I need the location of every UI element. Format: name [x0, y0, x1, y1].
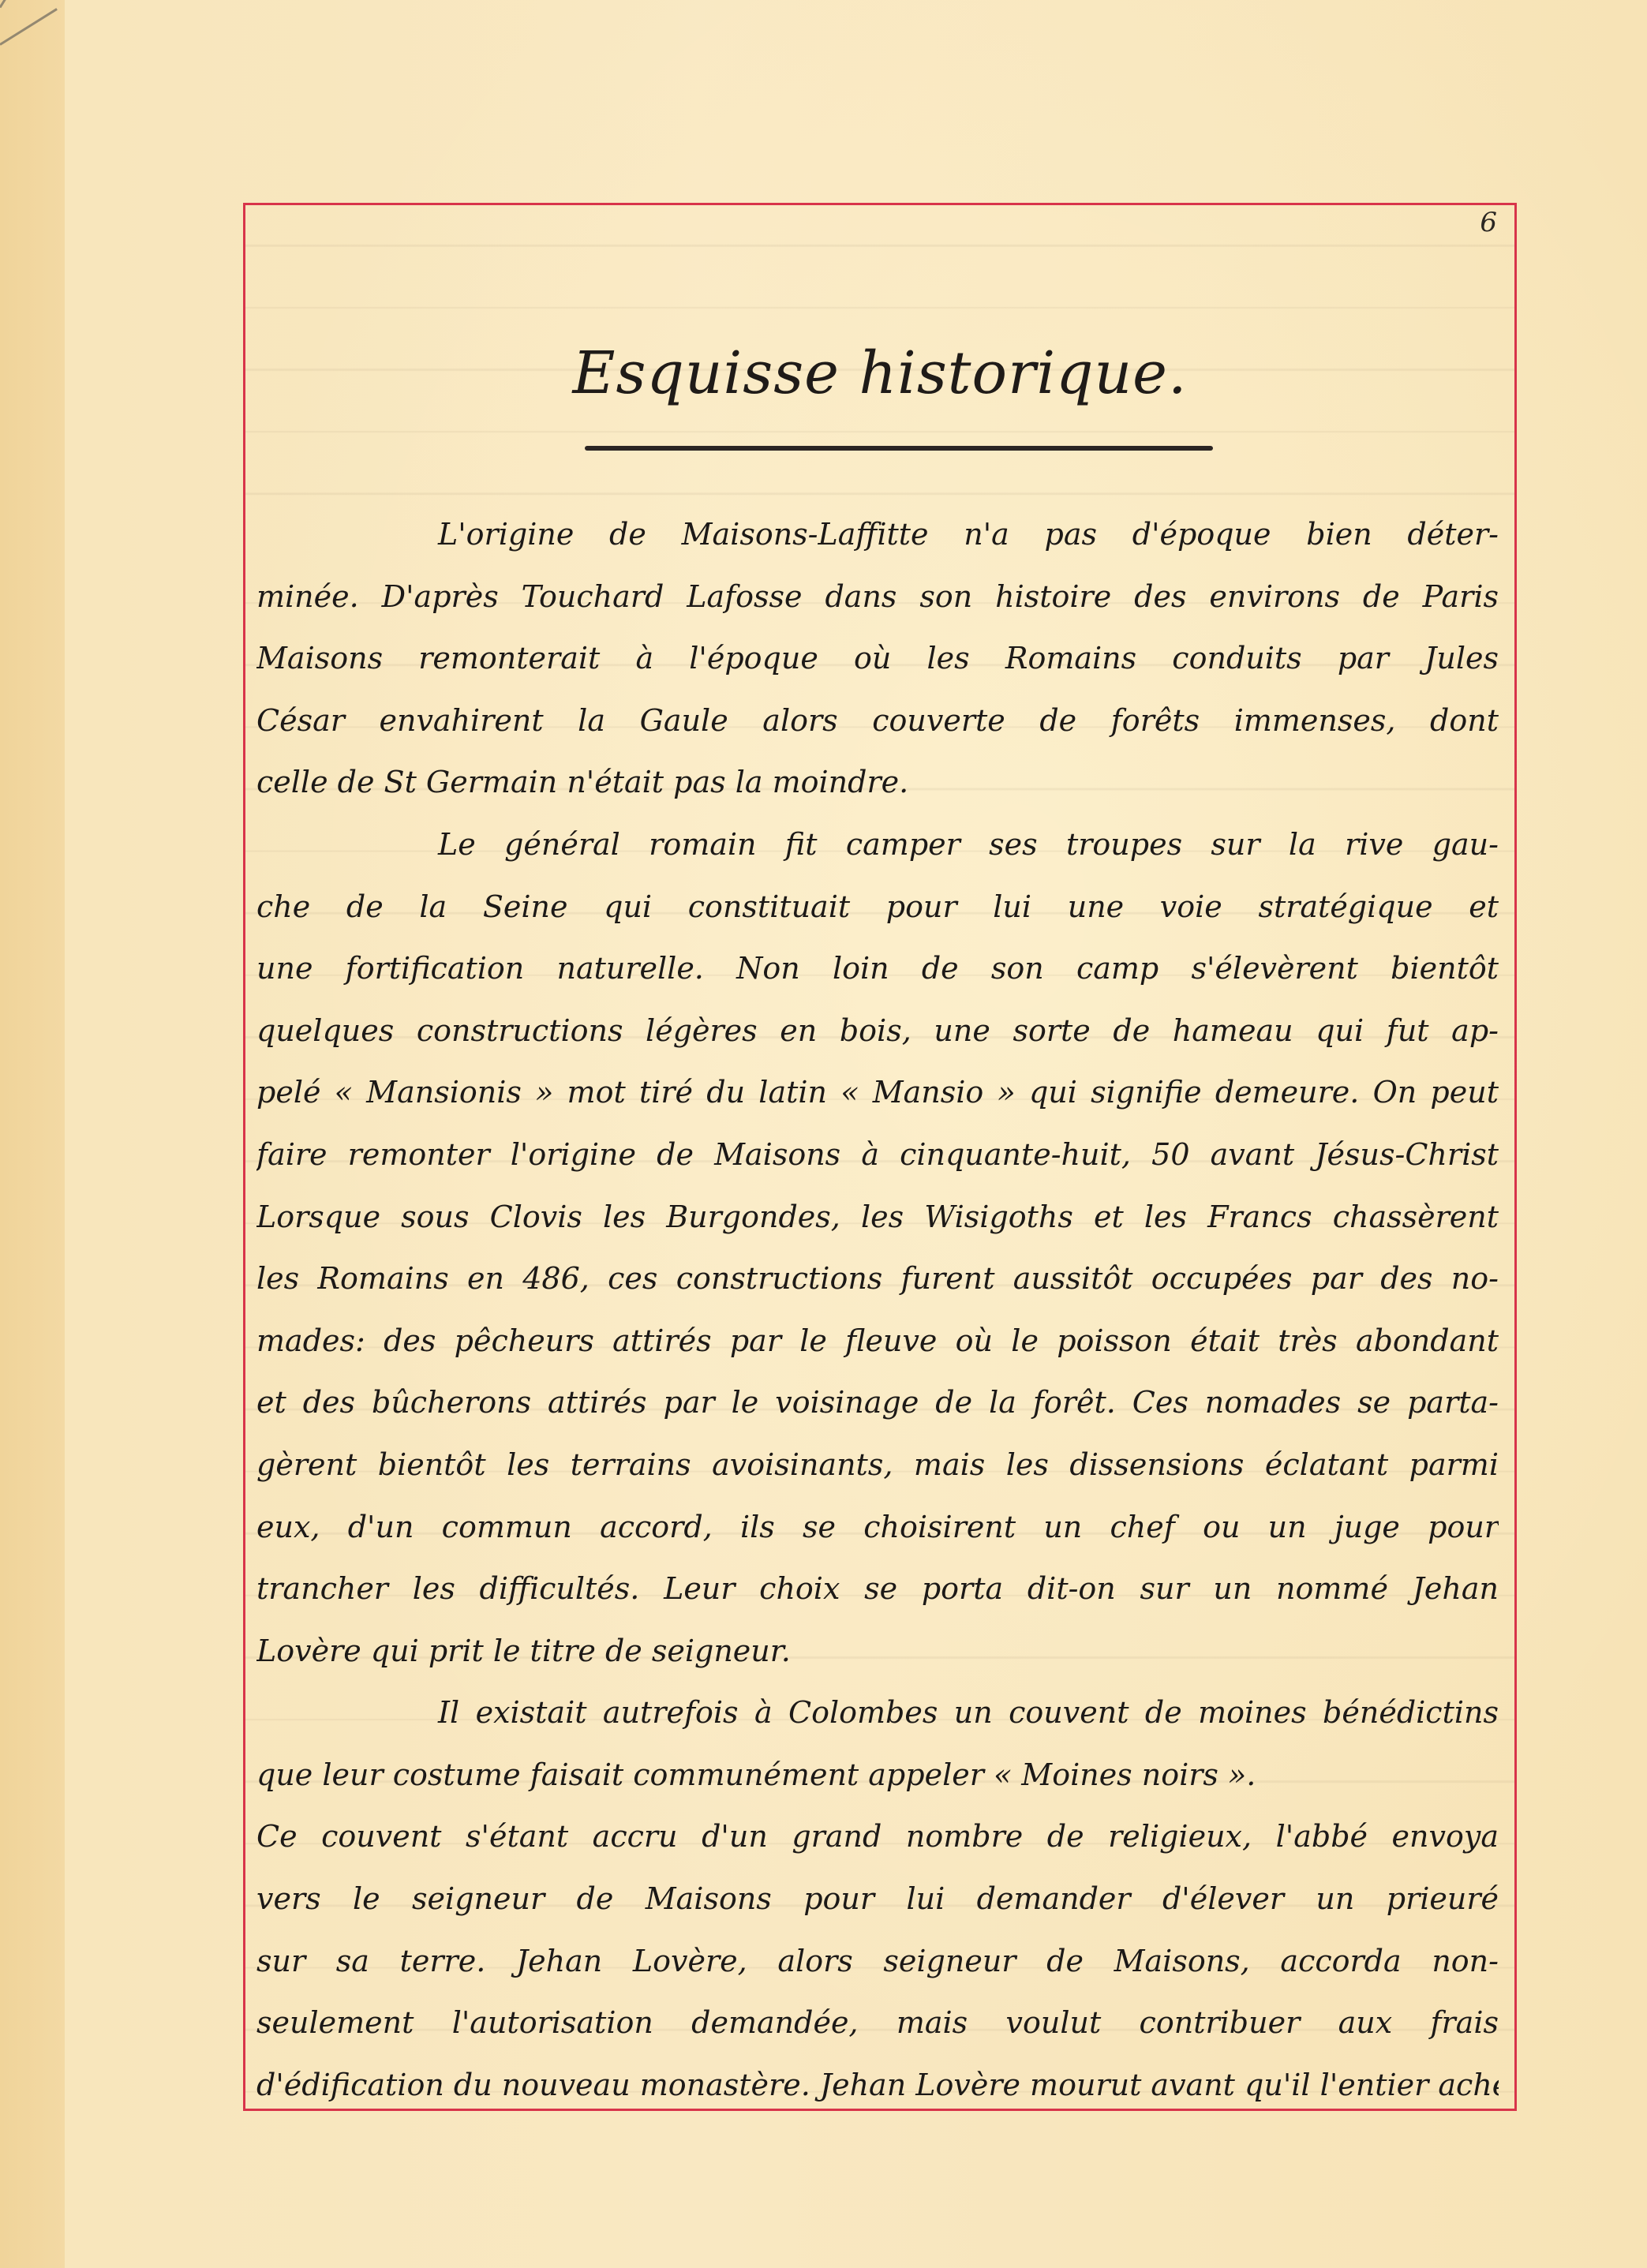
text-line: pelé « Mansionis » mot tiré du latin « M… [256, 1061, 1499, 1124]
text-line: Ce couvent s'étant accru d'un grand nomb… [256, 1806, 1499, 1868]
text-line: vers le seigneur de Maisons pour lui dem… [256, 1868, 1499, 1930]
text-line: Maisons remonterait à l'époque où les Ro… [256, 627, 1499, 690]
text-line: trancher les difficultés. Leur choix se … [256, 1558, 1499, 1620]
text-line: Il existait autrefois à Colombes un couv… [256, 1682, 1499, 1744]
underlying-page-edge [0, 0, 65, 2268]
text-line: gèrent bientôt les terrains avoisinants,… [256, 1434, 1499, 1496]
page-number: 6 [1480, 207, 1497, 238]
text-line: d'édification du nouveau monastère. Jeha… [256, 2054, 1499, 2116]
pencil-mark [0, 0, 17, 8]
text-line: Lorsque sous Clovis les Burgondes, les W… [256, 1186, 1499, 1248]
text-line: une fortification naturelle. Non loin de… [256, 938, 1499, 1000]
text-line: faire remonter l'origine de Maisons à ci… [256, 1124, 1499, 1186]
text-line: que leur costume faisait communément app… [256, 1744, 1499, 1806]
text-line: che de la Seine qui constituait pour lui… [256, 876, 1499, 938]
text-line: César envahirent la Gaule alors couverte… [256, 690, 1499, 752]
pencil-mark [0, 8, 58, 46]
text-line: les Romains en 486, ces constructions fu… [256, 1248, 1499, 1310]
text-line: mades: des pêcheurs attirés par le fleuv… [256, 1310, 1499, 1372]
text-line: L'origine de Maisons-Laffitte n'a pas d'… [256, 503, 1499, 566]
text-line: eux, d'un commun accord, ils se choisire… [256, 1496, 1499, 1559]
text-line: sur sa terre. Jehan Lovère, alors seigne… [256, 1930, 1499, 1993]
text-line: minée. D'après Touchard Lafosse dans son… [256, 566, 1499, 628]
text-line: Le général romain fit camper ses troupes… [256, 814, 1499, 876]
manuscript-page: 6 Esquisse historique. L'origine de Mais… [65, 0, 1647, 2268]
handwritten-body: L'origine de Maisons-Laffitte n'a pas d'… [256, 503, 1499, 2116]
page-title: Esquisse historique. [245, 339, 1514, 407]
red-margin-frame: 6 Esquisse historique. L'origine de Mais… [243, 203, 1517, 2111]
text-line: seulement l'autorisation demandée, mais … [256, 1992, 1499, 2054]
text-line: Lovère qui prit le titre de seigneur. [256, 1620, 1499, 1682]
text-line: celle de St Germain n'était pas la moind… [256, 751, 1499, 814]
title-underline-rule [585, 446, 1213, 451]
text-line: quelques constructions légères en bois, … [256, 1000, 1499, 1062]
text-line: et des bûcherons attirés par le voisinag… [256, 1372, 1499, 1434]
